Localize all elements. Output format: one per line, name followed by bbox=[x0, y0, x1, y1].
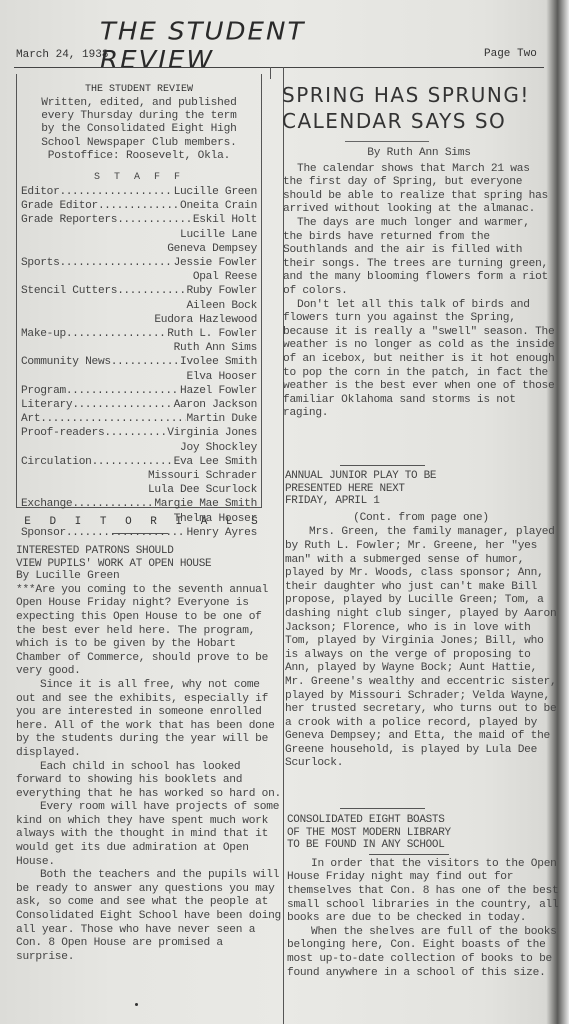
leader-dots bbox=[66, 384, 180, 398]
staff-role: Exchange bbox=[21, 497, 72, 511]
description-line: by the Consolidated Eight High bbox=[21, 123, 257, 136]
junior-play-paragraph: Mrs. Green, the family manager, played b… bbox=[285, 526, 557, 771]
staff-name: Elva Hooser bbox=[21, 370, 257, 384]
staff-role: Literary bbox=[21, 398, 72, 412]
leader-dots bbox=[72, 497, 154, 511]
staff-role: Proof-readers bbox=[21, 426, 104, 440]
editorial-byline: By Lucille Green bbox=[16, 570, 284, 584]
editorials-rule bbox=[112, 533, 168, 534]
staff-name: Lucille Green bbox=[174, 185, 257, 199]
staff-name: Aileen Bock bbox=[21, 299, 257, 313]
staff-name: Hazel Fowler bbox=[180, 384, 257, 398]
headline-line: CALENDAR SAYS SO bbox=[282, 108, 552, 134]
staff-name: Oneita Crain bbox=[180, 199, 257, 213]
headline-line: VIEW PUPILS' WORK AT OPEN HOUSE bbox=[16, 558, 284, 571]
masthead-box-title: THE STUDENT REVIEW bbox=[17, 84, 261, 95]
staff-role: Community News bbox=[21, 355, 111, 369]
leader-dots bbox=[92, 455, 174, 469]
junior-play-headline: ANNUAL JUNIOR PLAY TO BE PRESENTED HERE … bbox=[285, 470, 557, 508]
staff-role: Stencil Cutters bbox=[21, 284, 117, 298]
staff-row: SportsJessie Fowler bbox=[21, 256, 257, 270]
staff-name: Missouri Schrader bbox=[21, 469, 257, 483]
editorial-paragraph: Every room will have projects of some ki… bbox=[16, 801, 284, 869]
continued-note: (Cont. from page one) bbox=[285, 512, 557, 526]
masthead-box: THE STUDENT REVIEW Written, edited, and … bbox=[16, 74, 262, 508]
staff-role: Grade Editor bbox=[21, 199, 98, 213]
leader-dots bbox=[59, 185, 173, 199]
library-rule bbox=[340, 808, 425, 809]
leader-dots bbox=[111, 355, 180, 369]
staff-row: CirculationEva Lee Smith bbox=[21, 455, 257, 469]
staff-row: LiteraryAaron Jackson bbox=[21, 398, 257, 412]
staff-name: Ruth Ann Sims bbox=[21, 341, 257, 355]
staff-name: Ivolee Smith bbox=[180, 355, 257, 369]
headline-line: OF THE MOST MODERN LIBRARY bbox=[287, 827, 559, 840]
staff-name: Eva Lee Smith bbox=[174, 455, 257, 469]
leader-dots bbox=[72, 398, 173, 412]
issue-date: March 24, 1938 bbox=[16, 49, 108, 61]
page-number: Page Two bbox=[484, 48, 537, 60]
description-line: Postoffice: Roosevelt, Okla. bbox=[21, 150, 257, 163]
staff-row: Grade ReportersEskil Holt bbox=[21, 213, 257, 227]
masthead-title: THE STUDENT REVIEW bbox=[100, 18, 400, 75]
library-article: CONSOLIDATED EIGHT BOASTS OF THE MOST MO… bbox=[287, 814, 559, 980]
staff-name: Lula Dee Scurlock bbox=[21, 483, 257, 497]
editorial-article: INTERESTED PATRONS SHOULD VIEW PUPILS' W… bbox=[16, 545, 284, 964]
staff-role: Art bbox=[21, 412, 40, 426]
staff-row: EditorLucille Green bbox=[21, 185, 257, 199]
editorials-heading: E D I T O R I A L S bbox=[16, 516, 272, 528]
staff-name: Jessie Fowler bbox=[174, 256, 257, 270]
staff-name: Eudora Hazlewood bbox=[21, 313, 257, 327]
staff-name: Eskil Holt bbox=[193, 213, 257, 227]
library-headline-rule bbox=[369, 854, 449, 855]
staff-role: Make-up bbox=[21, 327, 66, 341]
spring-paragraph: The calendar shows that March 21 was the… bbox=[283, 163, 555, 217]
leader-dots bbox=[98, 199, 180, 213]
staff-name: Joy Shockley bbox=[21, 441, 257, 455]
staff-row: ExchangeMargie Mae Smith bbox=[21, 497, 257, 511]
staff-list: EditorLucille GreenGrade EditorOneita Cr… bbox=[21, 185, 257, 540]
junior-play-rule bbox=[340, 465, 425, 466]
staff-name: Opal Reese bbox=[21, 270, 257, 284]
junior-play-article: ANNUAL JUNIOR PLAY TO BE PRESENTED HERE … bbox=[285, 470, 557, 771]
staff-name: Lucille Lane bbox=[21, 228, 257, 242]
leader-dots bbox=[66, 327, 167, 341]
staff-row: Make-upRuth L. Fowler bbox=[21, 327, 257, 341]
leader-dots bbox=[40, 412, 186, 426]
headline-line: SPRING HAS SPRUNG! bbox=[282, 82, 552, 108]
staff-role: Sports bbox=[21, 256, 59, 270]
staff-role: Program bbox=[21, 384, 66, 398]
staff-name: Ruth L. Fowler bbox=[167, 327, 257, 341]
editorial-paragraph: Each child in school has looked forward … bbox=[16, 761, 284, 802]
description-line: School Newspaper Club members. bbox=[21, 137, 257, 150]
headline-line: ANNUAL JUNIOR PLAY TO BE bbox=[285, 470, 557, 483]
spring-byline: By Ruth Ann Sims bbox=[283, 147, 555, 161]
library-paragraph: When the shelves are full of the books b… bbox=[287, 926, 559, 980]
spring-article: By Ruth Ann Sims The calendar shows that… bbox=[283, 147, 555, 421]
library-paragraph: In order that the visitors to the Open H… bbox=[287, 858, 559, 926]
staff-name: Ruby Fowler bbox=[186, 284, 257, 298]
spring-headline: SPRING HAS SPRUNG! CALENDAR SAYS SO bbox=[282, 82, 552, 134]
leader-dots bbox=[117, 284, 186, 298]
staff-name: Geneva Dempsey bbox=[21, 242, 257, 256]
leader-dots bbox=[59, 256, 173, 270]
staff-row: ArtMartin Duke bbox=[21, 412, 257, 426]
leader-dots bbox=[104, 426, 167, 440]
spring-rule bbox=[345, 141, 429, 142]
editorial-headline: INTERESTED PATRONS SHOULD VIEW PUPILS' W… bbox=[16, 545, 284, 570]
staff-name: Virginia Jones bbox=[167, 426, 257, 440]
staff-row: Proof-readersVirginia Jones bbox=[21, 426, 257, 440]
staff-name: Martin Duke bbox=[186, 412, 257, 426]
masthead-description: Written, edited, and published every Thu… bbox=[21, 97, 257, 163]
ink-speck bbox=[135, 1003, 138, 1006]
staff-row: Community NewsIvolee Smith bbox=[21, 355, 257, 369]
leader-dots bbox=[117, 213, 193, 227]
headline-line: INTERESTED PATRONS SHOULD bbox=[16, 545, 284, 558]
staff-role: Sponsor bbox=[21, 526, 66, 540]
headline-line: TO BE FOUND IN ANY SCHOOL bbox=[287, 839, 559, 852]
editorial-paragraph: Since it is all free, why not come out a… bbox=[16, 679, 284, 761]
header-rule bbox=[14, 67, 544, 68]
spring-paragraph: The days are much longer and warmer, the… bbox=[283, 217, 555, 299]
staff-role: Circulation bbox=[21, 455, 92, 469]
headline-line: PRESENTED HERE NEXT bbox=[285, 483, 557, 496]
description-line: Written, edited, and published bbox=[21, 97, 257, 110]
staff-row: Grade EditorOneita Crain bbox=[21, 199, 257, 213]
staff-name: Henry Ayres bbox=[186, 526, 257, 540]
spring-paragraph: Don't let all this talk of birds and flo… bbox=[283, 299, 555, 421]
library-headline: CONSOLIDATED EIGHT BOASTS OF THE MOST MO… bbox=[287, 814, 559, 852]
description-line: every Thursday during the term bbox=[21, 110, 257, 123]
staff-name: Aaron Jackson bbox=[174, 398, 257, 412]
staff-name: Margie Mae Smith bbox=[154, 497, 257, 511]
staff-role: Grade Reporters bbox=[21, 213, 117, 227]
staff-row: ProgramHazel Fowler bbox=[21, 384, 257, 398]
column-divider-tick bbox=[270, 67, 271, 79]
editorial-paragraph: Both the teachers and the pupils will be… bbox=[16, 869, 284, 964]
headline-line: FRIDAY, APRIL 1 bbox=[285, 495, 557, 508]
staff-role: Editor bbox=[21, 185, 59, 199]
headline-line: CONSOLIDATED EIGHT BOASTS bbox=[287, 814, 559, 827]
staff-row: Stencil CuttersRuby Fowler bbox=[21, 284, 257, 298]
editorial-paragraph: ***Are you coming to the seventh annual … bbox=[16, 584, 284, 679]
staff-heading: S T A F F bbox=[17, 172, 261, 183]
